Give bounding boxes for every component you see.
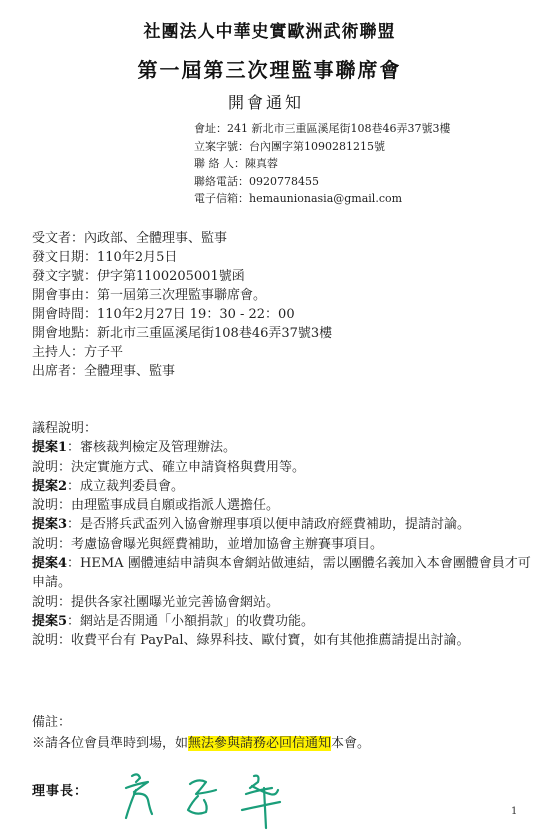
proposal-text: ：審核裁判檢定及管理辦法。 xyxy=(67,440,236,455)
info-value: 第一屆第三次理監事聯席會。 xyxy=(97,288,266,303)
info-value: 110年2月27日 19：30 - 22：00 xyxy=(97,307,295,322)
proposal-text: ：成立裁判委員會。 xyxy=(67,479,184,494)
remarks-suffix: 本會。 xyxy=(331,736,370,751)
contact-label: 立案字號： xyxy=(194,140,249,153)
info-recipient: 受文者：內政部、全體理事、監事 xyxy=(32,229,332,248)
contact-email: 電子信箱：hemaunionasia@gmail.com xyxy=(194,190,450,208)
info-label: 開會時間： xyxy=(32,307,97,322)
contact-person: 聯 絡 人：陳真蓉 xyxy=(194,155,450,173)
note-text: 決定實施方式、確立申請資格與費用等。 xyxy=(71,460,305,475)
info-label: 發文字號： xyxy=(32,269,97,284)
info-issue-date: 發文日期：110年2月5日 xyxy=(32,248,332,267)
info-label: 發文日期： xyxy=(32,250,97,265)
proposal-3: 提案3：是否將兵武盃列入協會辦理事項以便申請政府經費補助，提請討論。 xyxy=(32,515,532,534)
info-time: 開會時間：110年2月27日 19：30 - 22：00 xyxy=(32,305,332,324)
note-label: 說明： xyxy=(32,595,71,610)
meeting-title: 第一屆第三次理監事聯席會 xyxy=(0,56,539,84)
info-value: 全體理事、監事 xyxy=(84,364,175,379)
chairperson-label: 理事長： xyxy=(32,780,88,799)
note-text: 考慮協會曝光與經費補助，並增加協會主辦賽事項目。 xyxy=(71,537,383,552)
info-label: 開會事由： xyxy=(32,288,97,303)
organization-name: 社團法人中華史實歐洲武術聯盟 xyxy=(0,20,539,44)
contact-address: 會址：241 新北市三重區溪尾街108巷46弄37號3樓 xyxy=(194,120,450,138)
info-value: 新北市三重區溪尾街108巷46弄37號3樓 xyxy=(97,326,332,341)
info-label: 主持人： xyxy=(32,345,84,360)
proposal-label: 提案2 xyxy=(32,479,67,494)
note-label: 說明： xyxy=(32,498,71,513)
info-attendees: 出席者：全體理事、監事 xyxy=(32,362,332,381)
proposal-3-note: 說明：考慮協會曝光與經費補助，並增加協會主辦賽事項目。 xyxy=(32,535,532,554)
contact-phone: 聯絡電話：0920778455 xyxy=(194,173,450,191)
agenda-block: 議程說明： 提案1：審核裁判檢定及管理辦法。 說明：決定實施方式、確立申請資格與… xyxy=(32,419,532,651)
signature-image xyxy=(112,770,292,830)
agenda-heading: 議程說明： xyxy=(32,419,532,438)
contact-label: 聯絡電話： xyxy=(194,175,249,188)
contact-value: 陳真蓉 xyxy=(245,157,278,170)
info-value: 伊字第1100205001號函 xyxy=(97,269,245,284)
contact-value: 241 新北市三重區溪尾街108巷46弄37號3樓 xyxy=(227,122,450,135)
proposal-5-note: 說明：收費平台有 PayPal、綠界科技、歐付寶，如有其他推薦請提出討論。 xyxy=(32,631,532,650)
note-label: 說明： xyxy=(32,633,71,648)
info-value: 方子平 xyxy=(84,345,123,360)
info-value: 內政部、全體理事、監事 xyxy=(84,231,227,246)
info-document-number: 發文字號：伊字第1100205001號函 xyxy=(32,267,332,286)
remarks-text: ※請各位會員準時到場，如無法參與請務必回信通知本會。 xyxy=(32,733,370,754)
note-label: 說明： xyxy=(32,537,71,552)
proposal-1: 提案1：審核裁判檢定及管理辦法。 xyxy=(32,438,532,457)
contact-value: 0920778455 xyxy=(249,175,319,188)
proposal-1-note: 說明：決定實施方式、確立申請資格與費用等。 xyxy=(32,458,532,477)
contact-label: 電子信箱： xyxy=(194,192,249,205)
contact-label: 聯 絡 人： xyxy=(194,157,245,170)
proposal-text: ：網站是否開通「小額捐款」的收費功能。 xyxy=(67,614,314,629)
info-label: 開會地點： xyxy=(32,326,97,341)
proposal-label: 提案5 xyxy=(32,614,67,629)
contact-value: hemaunionasia@gmail.com xyxy=(249,192,402,205)
contact-label: 會址： xyxy=(194,122,227,135)
proposal-4: 提案4：HEMA 團體連結申請與本會網站做連結，需以團體名義加入本會團體會員才可… xyxy=(32,554,532,593)
remarks-highlight: 無法參與請務必回信通知 xyxy=(188,736,331,751)
proposal-label: 提案1 xyxy=(32,440,67,455)
proposal-label: 提案4 xyxy=(32,556,67,571)
proposal-5: 提案5：網站是否開通「小額捐款」的收費功能。 xyxy=(32,612,532,631)
info-location: 開會地點：新北市三重區溪尾街108巷46弄37號3樓 xyxy=(32,324,332,343)
contact-registration: 立案字號：台內團字第1090281215號 xyxy=(194,138,450,156)
proposal-2-note: 說明：由理監事成員自願或指派人選擔任。 xyxy=(32,496,532,515)
remarks-prefix: ※請各位會員準時到場，如 xyxy=(32,736,188,751)
notice-info-block: 受文者：內政部、全體理事、監事 發文日期：110年2月5日 發文字號：伊字第11… xyxy=(32,229,332,381)
notice-title: 開會通知 xyxy=(228,92,304,114)
contact-value: 台內團字第1090281215號 xyxy=(249,140,385,153)
info-label: 出席者： xyxy=(32,364,84,379)
info-host: 主持人：方子平 xyxy=(32,343,332,362)
remarks-block: 備註： ※請各位會員準時到場，如無法參與請務必回信通知本會。 xyxy=(32,712,370,754)
note-text: 由理監事成員自願或指派人選擔任。 xyxy=(71,498,279,513)
proposal-text: ：是否將兵武盃列入協會辦理事項以便申請政府經費補助，提請討論。 xyxy=(67,517,470,532)
info-purpose: 開會事由：第一屆第三次理監事聯席會。 xyxy=(32,286,332,305)
note-text: 收費平台有 PayPal、綠界科技、歐付寶，如有其他推薦請提出討論。 xyxy=(71,633,469,648)
contact-block: 會址：241 新北市三重區溪尾街108巷46弄37號3樓 立案字號：台內團字第1… xyxy=(194,120,450,208)
remarks-heading: 備註： xyxy=(32,712,370,733)
note-text: 提供各家社團曝光並完善協會網站。 xyxy=(71,595,279,610)
info-label: 受文者： xyxy=(32,231,84,246)
proposal-text: ：HEMA 團體連結申請與本會網站做連結，需以團體名義加入本會團體會員才可申請。 xyxy=(32,556,531,590)
proposal-2: 提案2：成立裁判委員會。 xyxy=(32,477,532,496)
proposal-4-note: 說明：提供各家社團曝光並完善協會網站。 xyxy=(32,593,532,612)
info-value: 110年2月5日 xyxy=(97,250,177,265)
page-number: 1 xyxy=(511,806,517,817)
proposal-label: 提案3 xyxy=(32,517,67,532)
note-label: 說明： xyxy=(32,460,71,475)
